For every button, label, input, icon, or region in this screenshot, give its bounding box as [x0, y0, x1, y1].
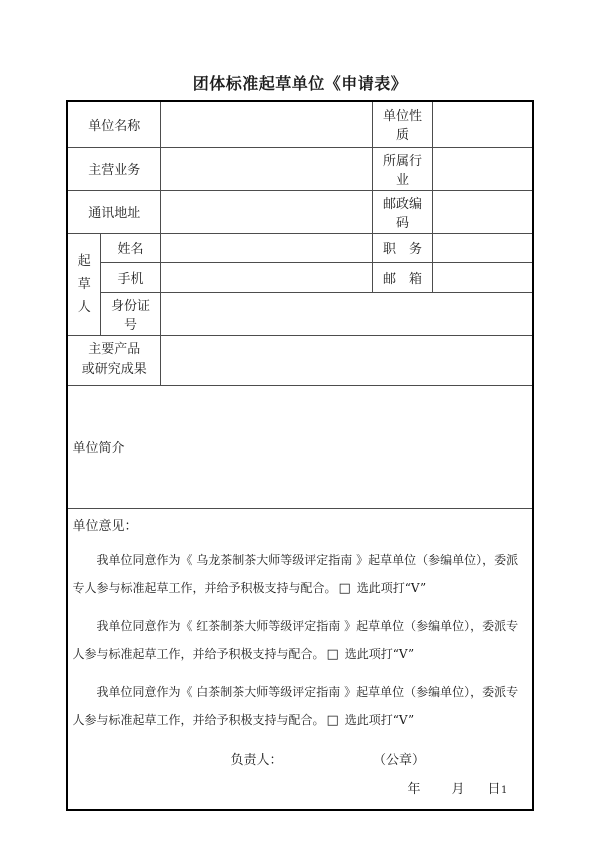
email-field[interactable] — [433, 262, 533, 292]
products-label: 主要产品 或研究成果 — [67, 335, 160, 385]
address-field[interactable] — [161, 190, 373, 233]
main-business-field[interactable] — [161, 147, 373, 190]
page-number: 1 — [501, 785, 507, 796]
products-field[interactable] — [161, 335, 533, 385]
seal-label: （公章） — [380, 753, 426, 768]
agreement-checkbox[interactable]: □ — [327, 713, 339, 728]
month-label: 月 — [451, 782, 464, 797]
table-row: 主要产品 或研究成果 — [67, 335, 532, 385]
mobile-label: 手机 — [100, 262, 160, 292]
drafter-label: 起 草 人 — [67, 233, 100, 335]
table-row: 单位意见： 我单位同意作为《 乌龙茶制茶大师等级评定指南 》起草单位（参编单位）… — [67, 508, 532, 810]
drafter-name-label: 姓名 — [100, 233, 160, 262]
agreement-text: 我单位同意作为《 白茶制茶大师等级评定指南 》起草单位（参编单位），委派专人参与… — [72, 685, 518, 727]
table-row: 起 草 人 姓名 职 务 — [67, 233, 532, 262]
email-label: 邮 箱 — [373, 262, 433, 292]
agreement-paragraph-black-tea: 我单位同意作为《 红茶制茶大师等级评定指南 》起草单位（参编单位），委派专人参与… — [72, 612, 527, 669]
unit-nature-label: 单位性质 — [373, 101, 433, 147]
unit-name-label: 单位名称 — [67, 101, 160, 147]
position-field[interactable] — [433, 233, 533, 262]
agreement-checkbox[interactable]: □ — [327, 647, 339, 662]
id-number-field[interactable] — [161, 292, 533, 335]
profile-cell[interactable]: 单位简介 — [67, 385, 532, 508]
main-business-label: 主营业务 — [67, 147, 160, 190]
year-label: 年 — [407, 782, 420, 797]
postal-field[interactable] — [433, 190, 533, 233]
table-row: 主营业务 所属行业 — [67, 147, 532, 190]
agreement-paragraph-white-tea: 我单位同意作为《 白茶制茶大师等级评定指南 》起草单位（参编单位），委派专人参与… — [72, 678, 527, 735]
industry-label: 所属行业 — [373, 147, 433, 190]
agreement-text: 我单位同意作为《 乌龙茶制茶大师等级评定指南 》起草单位（参编单位），委派专人参… — [72, 553, 518, 595]
unit-name-field[interactable] — [161, 101, 373, 147]
date-line: 年月日 — [72, 780, 527, 800]
agreement-paragraph-oolong: 我单位同意作为《 乌龙茶制茶大师等级评定指南 》起草单位（参编单位），委派专人参… — [72, 546, 527, 603]
table-row: 单位名称 单位性质 — [67, 101, 532, 147]
unit-nature-field[interactable] — [433, 101, 533, 147]
table-row: 手机 邮 箱 — [67, 262, 532, 292]
address-label: 通讯地址 — [67, 190, 160, 233]
agreement-note: 选此项打“V” — [345, 713, 414, 727]
agreement-note: 选此项打“V” — [345, 647, 414, 661]
table-row: 通讯地址 邮政编码 — [67, 190, 532, 233]
position-label: 职 务 — [373, 233, 433, 262]
page-title: 团体标准起草单位《申请表》 — [0, 0, 600, 94]
industry-field[interactable] — [433, 147, 533, 190]
signer-line: 负责人：（公章） — [72, 751, 527, 771]
mobile-field[interactable] — [161, 262, 373, 292]
table-row: 单位简介 — [67, 385, 532, 508]
table-row: 身份证号 — [67, 292, 532, 335]
application-form-table: 单位名称 单位性质 主营业务 所属行业 通讯地址 邮政编码 起 草 人 姓名 — [66, 100, 533, 811]
postal-label: 邮政编码 — [373, 190, 433, 233]
agreement-note: 选此项打“V” — [357, 581, 426, 595]
day-label: 日 — [487, 782, 500, 797]
id-number-label: 身份证号 — [100, 292, 160, 335]
opinion-cell: 单位意见： 我单位同意作为《 乌龙茶制茶大师等级评定指南 》起草单位（参编单位）… — [67, 508, 532, 810]
opinion-heading: 单位意见： — [72, 517, 527, 537]
profile-label: 单位简介 — [72, 441, 124, 456]
document-page: 团体标准起草单位《申请表》 单位名称 单位性质 主营业务 所属行业 通 — [0, 0, 600, 848]
signer-label: 负责人： — [230, 753, 282, 768]
drafter-name-field[interactable] — [161, 233, 373, 262]
agreement-checkbox[interactable]: □ — [339, 581, 351, 596]
agreement-text: 我单位同意作为《 红茶制茶大师等级评定指南 》起草单位（参编单位），委派专人参与… — [72, 619, 518, 661]
